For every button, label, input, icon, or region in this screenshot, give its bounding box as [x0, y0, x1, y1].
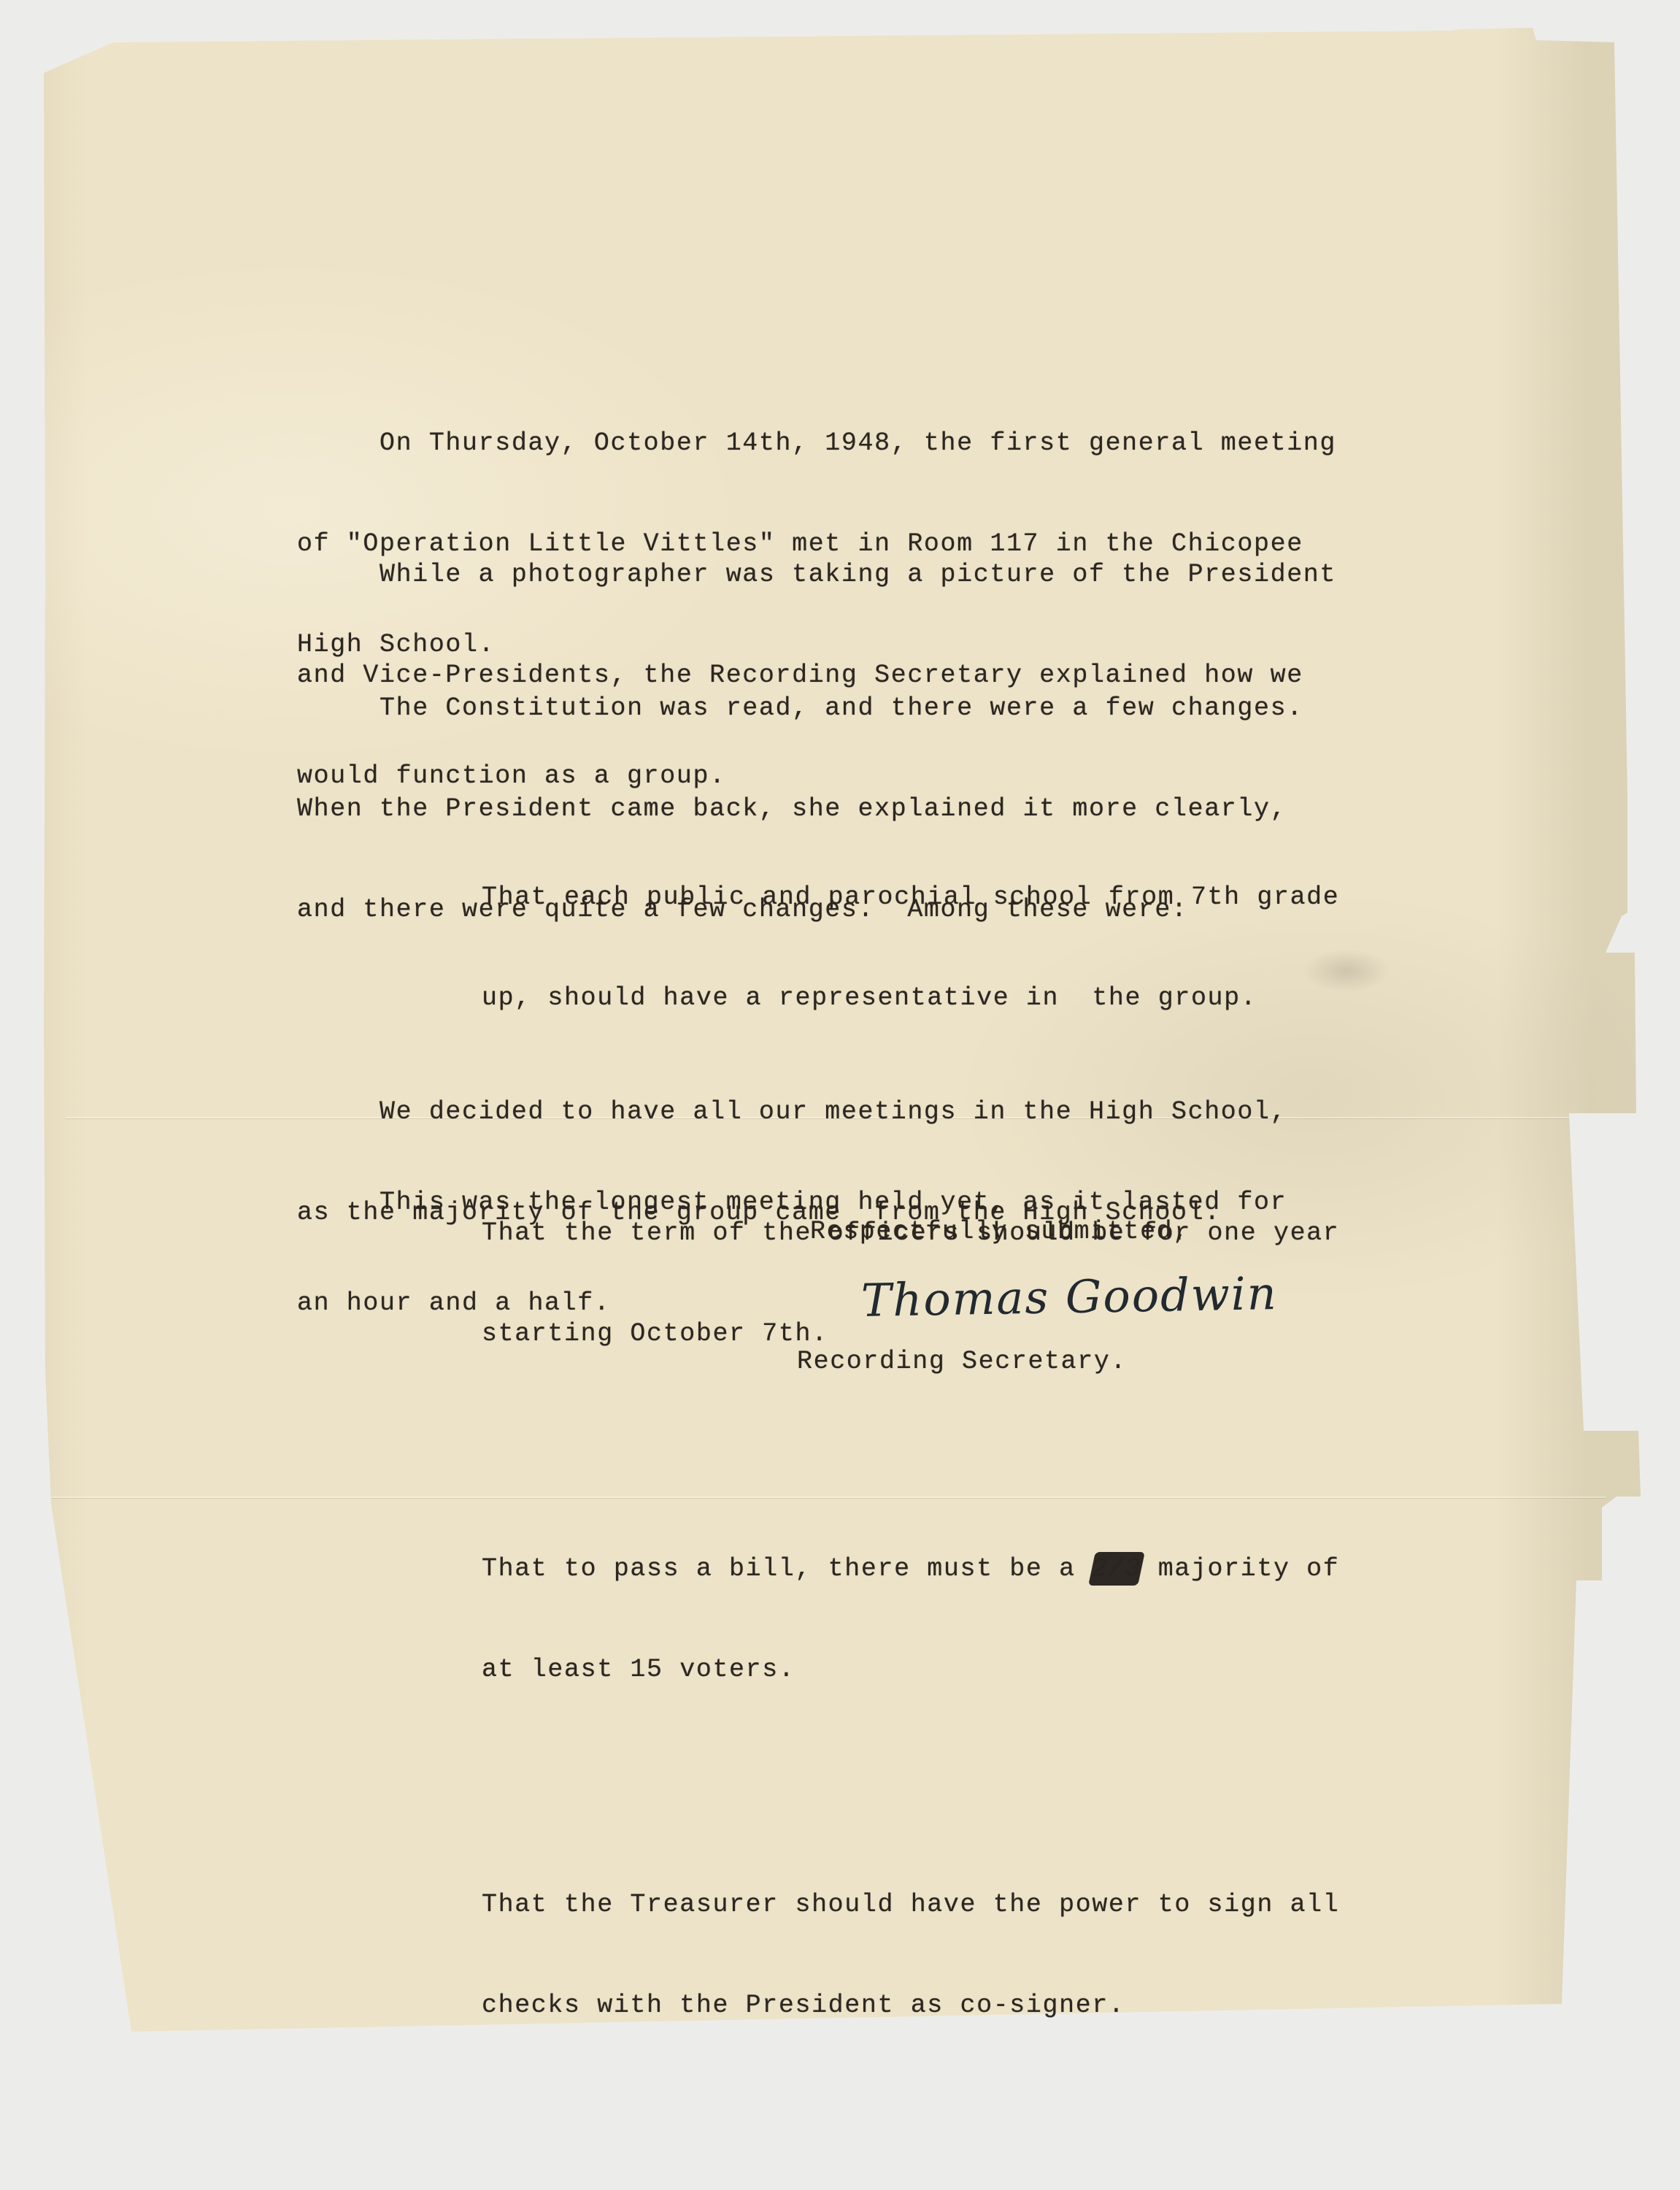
list-item-bill-majority: That to pass a bill, there must be a 2/3… [482, 1485, 1339, 1753]
text-line: at least 15 voters. [482, 1653, 1339, 1686]
text-line: checks with the President as co-signer. [482, 1989, 1339, 2022]
closing-salutation: Respectfully submitted, [810, 1215, 1190, 1248]
text-line: While a photographer was taking a pictur… [297, 558, 1336, 591]
constitution-changes-list: That each public and parochial school fr… [482, 746, 1339, 2123]
text-line: On Thursday, October 14th, 1948, the fir… [297, 426, 1336, 460]
text-segment: majority of [1141, 1554, 1339, 1583]
text-segment: That to pass a bill, there must be a [482, 1554, 1092, 1583]
list-item-treasurer-power: That the Treasurer should have the power… [482, 1821, 1339, 2089]
text-line: That each public and parochial school fr… [482, 880, 1339, 914]
struck-out-text: 2/3 [1088, 1552, 1145, 1586]
signer-title: Recording Secretary. [797, 1345, 1127, 1378]
text-line: The Constitution was read, and there wer… [297, 691, 1303, 725]
text-line: That the Treasurer should have the power… [482, 1888, 1339, 1921]
text-line: up, should have a representative in the … [482, 981, 1339, 1015]
text-line: That to pass a bill, there must be a 2/3… [482, 1552, 1339, 1586]
handwritten-signature: Thomas Goodwin [860, 1267, 1278, 1327]
